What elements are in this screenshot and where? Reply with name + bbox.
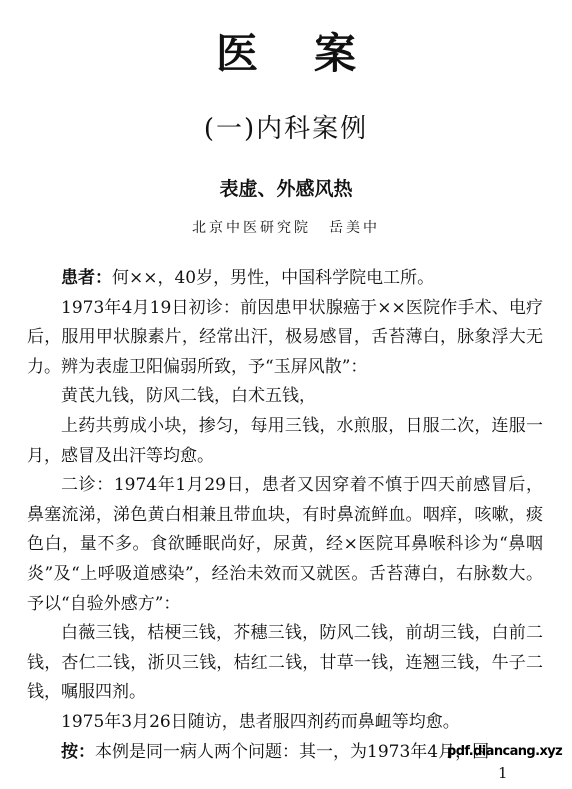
patient-label: 患者： — [61, 268, 112, 288]
paragraph-prescription-1: 黄芪九钱，防风二钱，白术五钱， — [27, 382, 543, 412]
note-label: 按： — [61, 742, 95, 762]
author-institution: 北京中医研究院 — [192, 220, 311, 236]
patient-text: 何××，40岁，男性，中国科学院电工所。 — [112, 268, 434, 288]
prescription-2-text: 白薇三钱，桔梗三钱，芥穗三钱，防风二钱，前胡三钱，白前二钱，杏仁二钱，浙贝三钱，… — [27, 623, 543, 702]
first-visit-text: 1973年4月19日初诊：前因患甲状腺癌于××医院作手术、电疗后，服用甲状腺素片… — [27, 298, 543, 377]
follow-up-text: 1975年3月26日随访，患者服四剂药而鼻衄等均愈。 — [61, 712, 460, 732]
paragraph-prescription-2: 白薇三钱，桔梗三钱，芥穗三钱，防风二钱，前胡三钱，白前二钱，杏仁二钱，浙贝三钱，… — [27, 619, 543, 708]
paragraph-patient: 患者：何××，40岁，男性，中国科学院电工所。 — [27, 264, 543, 294]
author-name: 岳美中 — [329, 220, 380, 236]
paragraph-first-visit: 1973年4月19日初诊：前因患甲状腺癌于××医院作手术、电疗后，服用甲状腺素片… — [27, 294, 543, 383]
paragraph-second-visit: 二诊：1974年1月29日，患者又因穿着不慎于四天前感冒后，鼻塞流涕，涕色黄白相… — [27, 471, 543, 619]
watermark: pdf.diancang.xyz — [447, 744, 562, 759]
dosage-text: 上药共剪成小块，掺匀，每用三钱，水煎服，日服二次，连服一月，感冒及出汗等均愈。 — [27, 416, 543, 466]
second-visit-text: 二诊：1974年1月29日，患者又因穿着不慎于四天前感冒后，鼻塞流涕，涕色黄白相… — [27, 475, 543, 613]
case-body: 患者：何××，40岁，男性，中国科学院电工所。 1973年4月19日初诊：前因患… — [27, 264, 543, 767]
section-title: (一)内科案例 — [0, 112, 572, 146]
prescription-1-text: 黄芪九钱，防风二钱，白术五钱， — [61, 386, 316, 406]
note-text: 本例是同一病人两个问题：其一，为1973年4月，因 — [95, 742, 489, 762]
paragraph-follow-up: 1975年3月26日随访，患者服四剂药而鼻衄等均愈。 — [27, 708, 543, 738]
author-line: 北京中医研究院岳美中 — [0, 218, 572, 238]
page-number: 1 — [498, 764, 508, 782]
case-title: 表虚、外感风热 — [0, 176, 572, 202]
paragraph-dosage: 上药共剪成小块，掺匀，每用三钱，水煎服，日服二次，连服一月，感冒及出汗等均愈。 — [27, 412, 543, 471]
page-title: 医案 — [0, 28, 572, 80]
